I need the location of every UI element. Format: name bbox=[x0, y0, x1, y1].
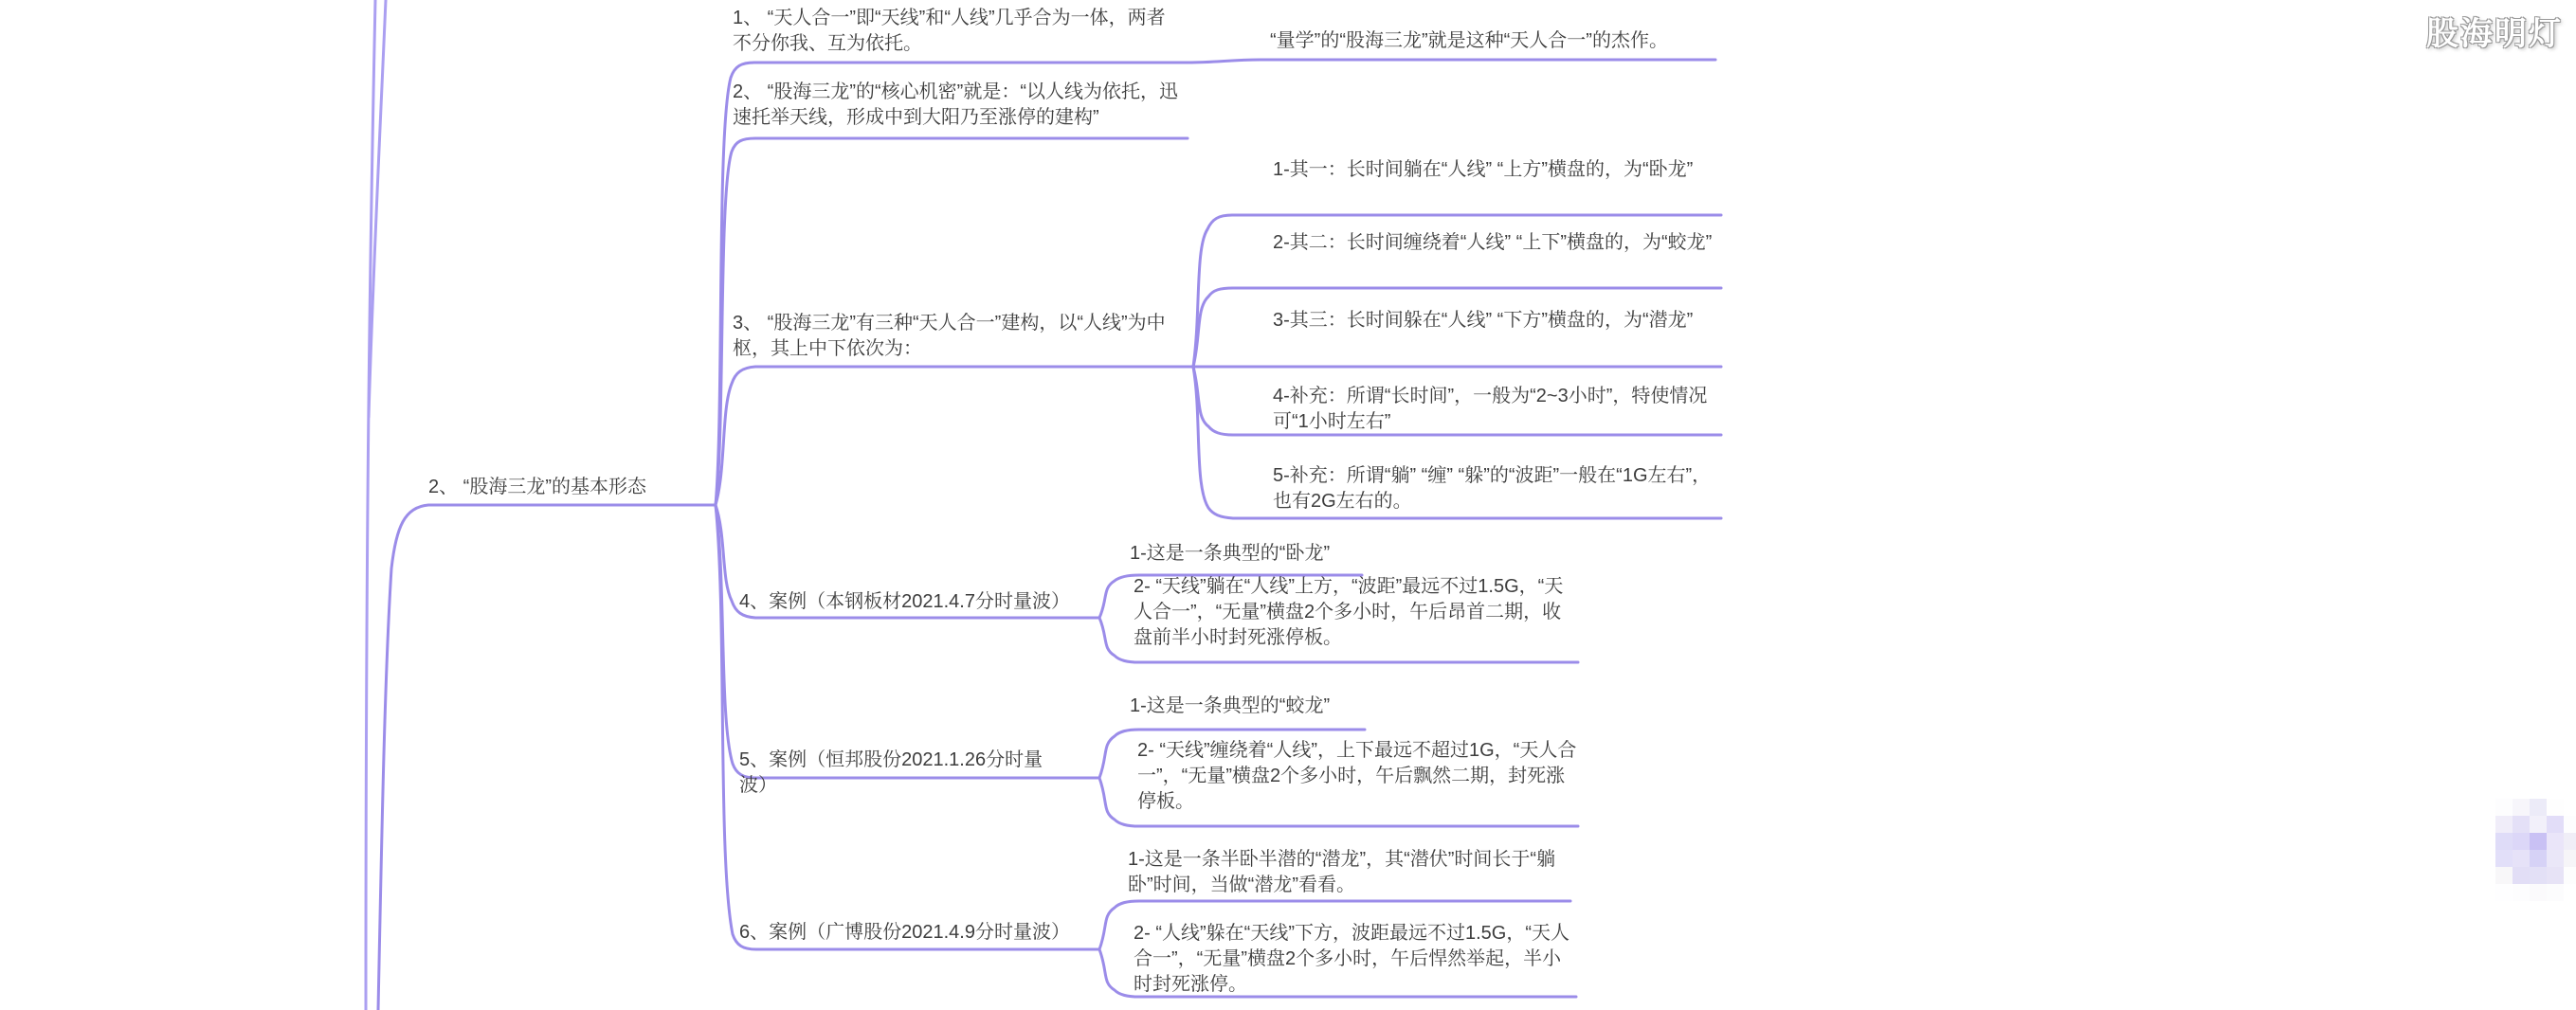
branch-3-item-5-node[interactable]: 5-补充：所谓“躺” “缠” “躲”的“波距”一般在“1G左右”，也有2G左右的… bbox=[1273, 463, 1726, 514]
branch-6-case-note-1[interactable]: 1-这是一条半卧半潜的“潜龙”，其“潜伏”时间长于“躺卧”时间，当做“潜龙”看看… bbox=[1128, 847, 1581, 898]
branch-6-node[interactable]: 6、案例（广博股份2021.4.9分时量波） bbox=[739, 920, 1066, 946]
blurred-watermark bbox=[2495, 799, 2576, 901]
branch-4-node[interactable]: 4、案例（本钢板材2021.4.7分时量波） bbox=[739, 589, 1066, 615]
branch-1-child-1-node[interactable]: “量学”的“股海三龙”就是这种“天人合一”的杰作。 bbox=[1270, 28, 1715, 54]
root-node[interactable]: 2、 “股海三龙”的基本形态 bbox=[428, 475, 684, 500]
edge-parent-to-root bbox=[378, 505, 716, 1010]
branch-2-node[interactable]: 2、 “股海三龙”的“核心机密”就是：“以人线为依托，迅速托举天线，形成中到大阳… bbox=[733, 80, 1178, 131]
branch-3-item-4-node[interactable]: 4-补充：所谓“长时间”，一般为“2~3小时”，特使情况可“1小时左右” bbox=[1273, 384, 1730, 435]
branch-5-case-note-1[interactable]: 1-这是一条典型的“蛟龙” bbox=[1130, 694, 1424, 719]
branch-3-node[interactable]: 3、 “股海三龙”有三种“天人合一”建构，以“人线”为中枢，其上中下依次为： bbox=[733, 311, 1192, 362]
branch-3-item-2-node[interactable]: 2-其二：长时间缠绕着“人线” “上下”横盘的，为“蛟龙” bbox=[1273, 230, 1714, 256]
logo-watermark: 股海明灯 bbox=[2426, 8, 2563, 54]
branch-6-case-note-2[interactable]: 2- “人线”躲在“天线”下方，波距最远不过1.5G，“天人合一”，“无量”横盘… bbox=[1134, 921, 1579, 998]
branch-4-case-note-1[interactable]: 1-这是一条典型的“卧龙” bbox=[1130, 541, 1424, 567]
trunk-line-1 bbox=[366, 0, 375, 1010]
branch-3-item-3-node[interactable]: 3-其三：长时间躲在“人线” “下方”横盘的，为“潜龙” bbox=[1273, 308, 1714, 334]
edge-root-to-branch-6 bbox=[716, 505, 1099, 949]
branch-1-node[interactable]: 1、 “天人合一”即“天线”和“人线”几乎合为一体，两者不分你我、互为依托。 bbox=[733, 6, 1178, 57]
branch-5-node[interactable]: 5、案例（恒邦股份2021.1.26分时量波） bbox=[739, 748, 1071, 799]
branch-3-item-1-node[interactable]: 1-其一：长时间躺在“人线” “上方”横盘的，为“卧龙” bbox=[1273, 157, 1714, 183]
edge-branch-1-to-child-1 bbox=[1188, 60, 1715, 63]
branch-4-case-note-2[interactable]: 2- “天线”躺在“人线”上方，“波距”最远不过1.5G，“天人合一”，“无量”… bbox=[1134, 574, 1577, 651]
edge-root-to-branch-3 bbox=[716, 367, 1193, 505]
branch-5-case-note-2[interactable]: 2- “天线”缠绕着“人线”，上下最远不超过1G，“天人合一”，“无量”横盘2个… bbox=[1137, 738, 1578, 815]
edge-root-to-branch-5 bbox=[716, 505, 1099, 778]
